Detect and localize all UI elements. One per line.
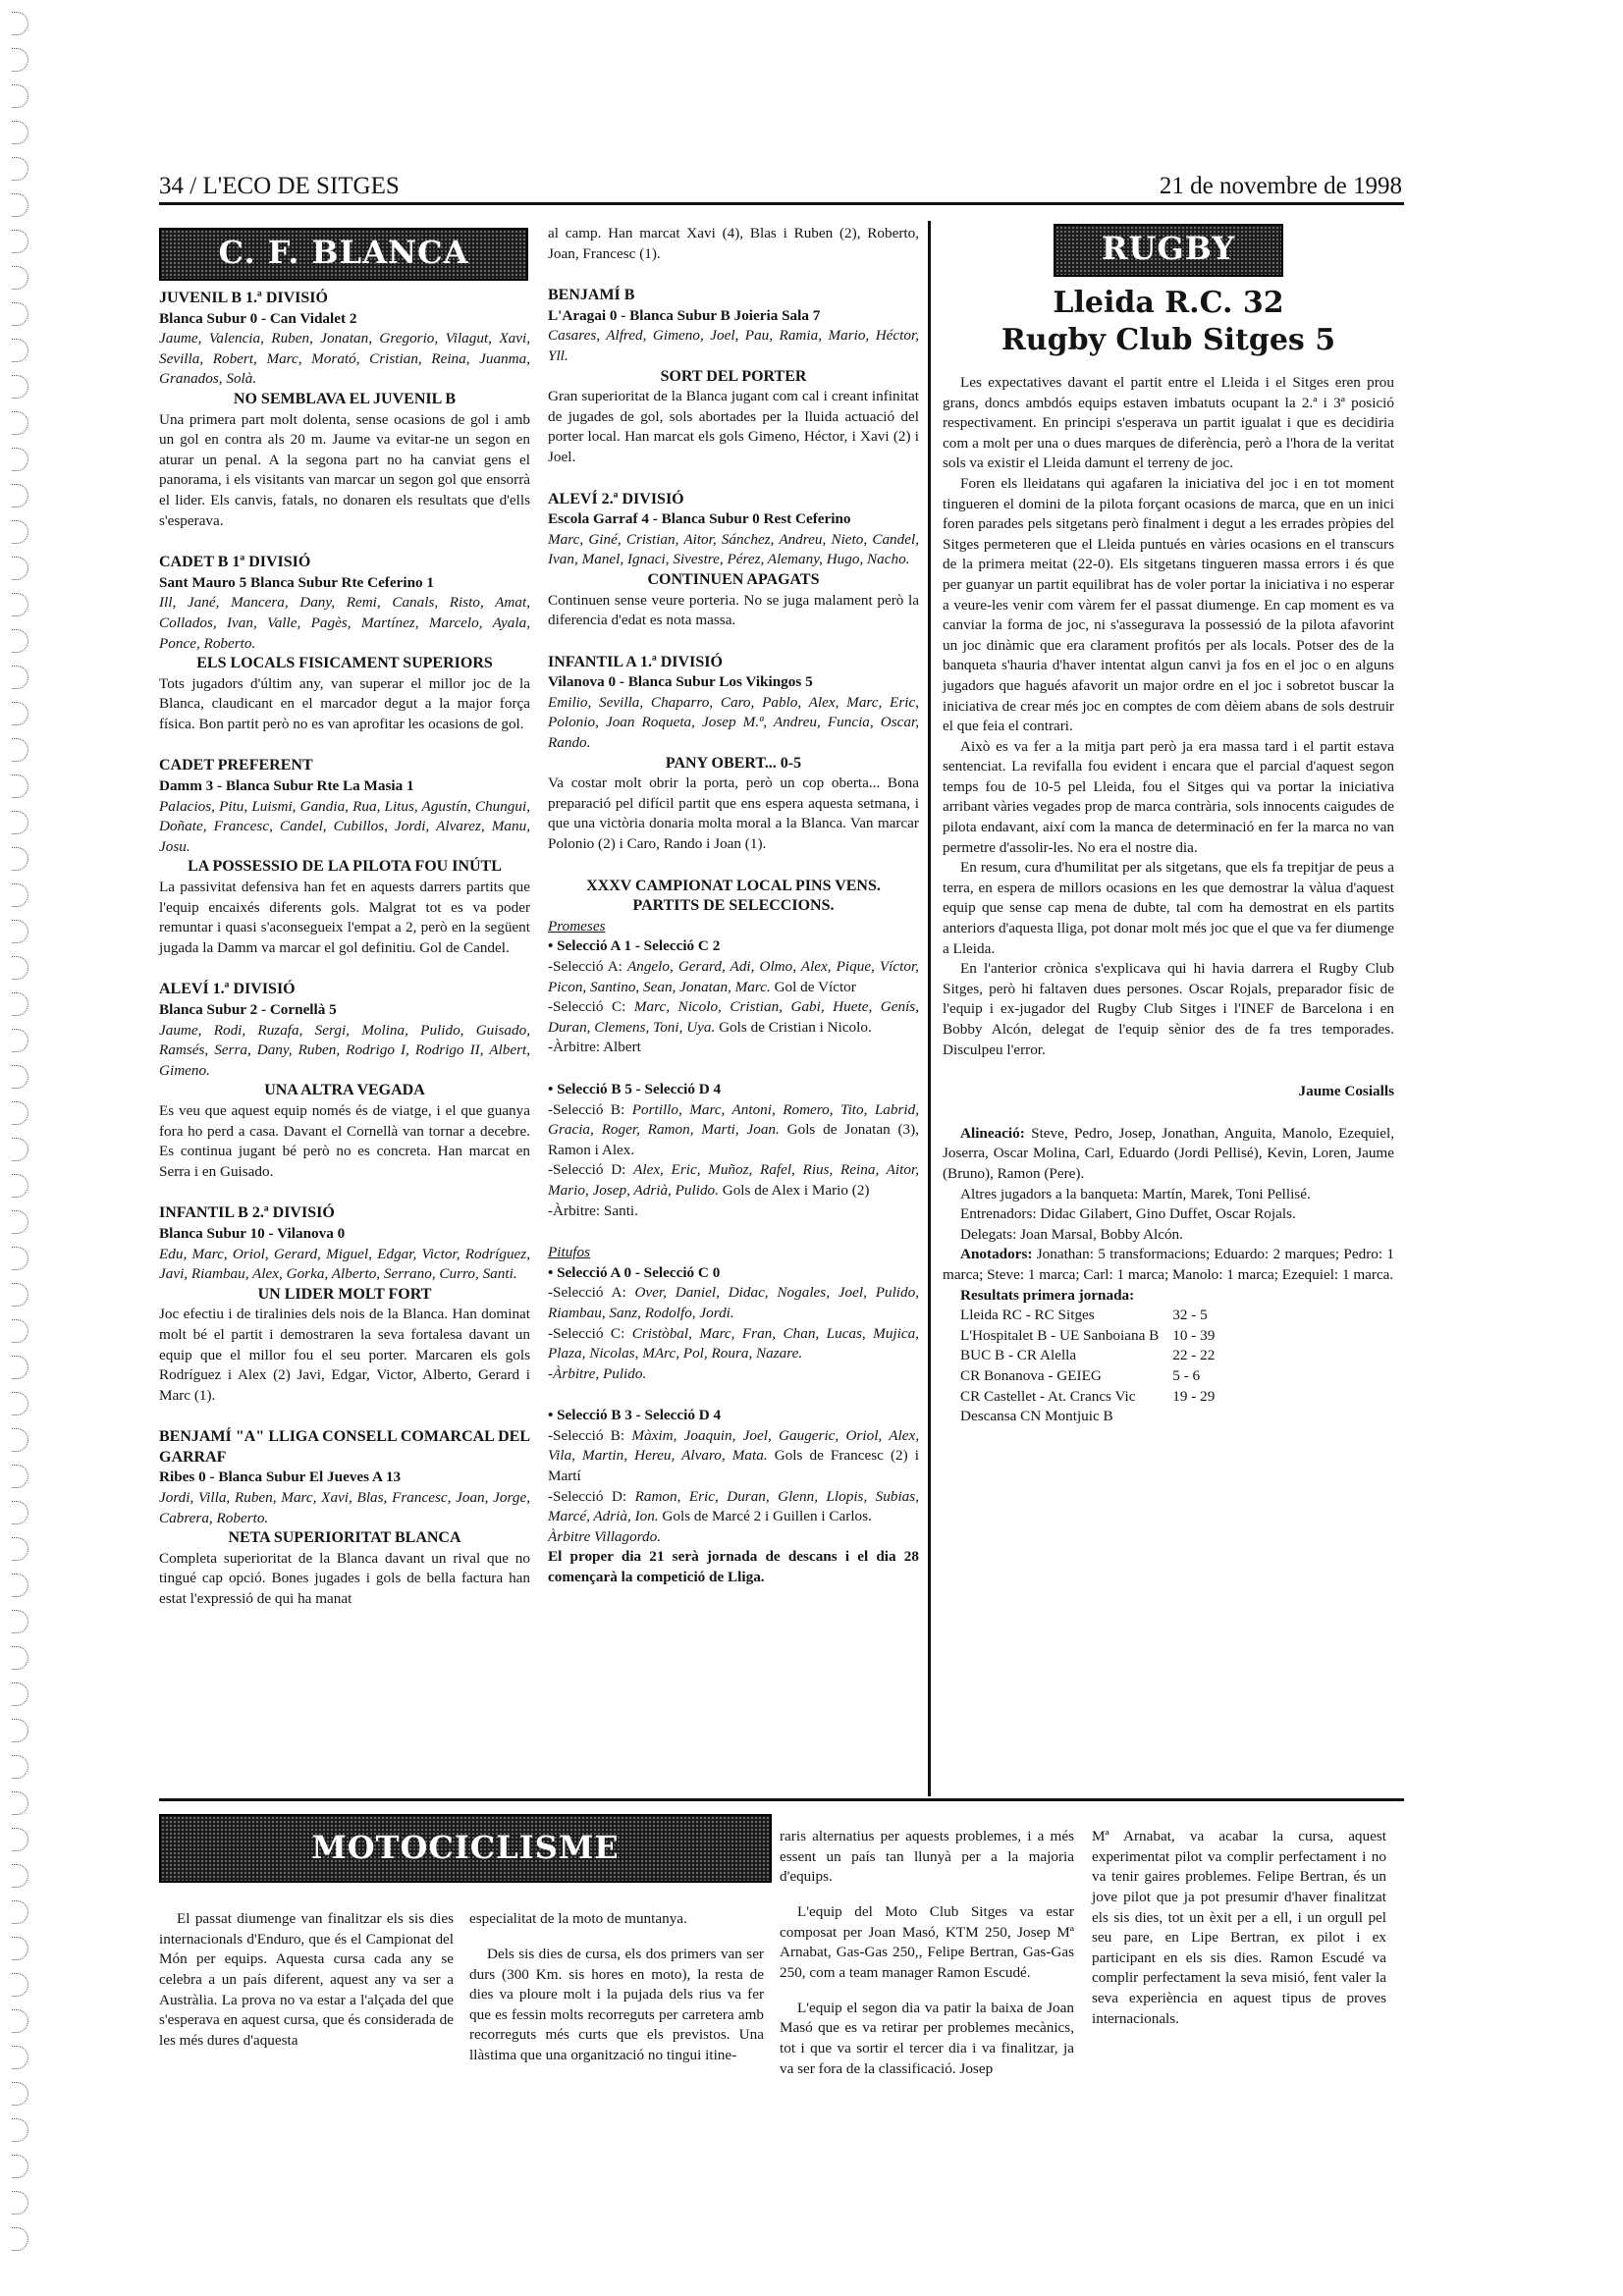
binder-hole-icon bbox=[12, 992, 28, 1016]
division-title: CADET PREFERENT bbox=[159, 756, 530, 776]
binder-hole-icon bbox=[12, 2227, 28, 2251]
report-headline: ELS LOCALS FISICAMENT SUPERIORS bbox=[159, 654, 530, 674]
binder-hole-icon bbox=[12, 2191, 28, 2215]
match-result: Damm 3 - Blanca Subur Rte La Masia 1 bbox=[159, 776, 530, 797]
selection-goals: Gols de Marcé 2 i Guillen i Carlos. bbox=[659, 1508, 872, 1524]
rugby-delegates: Delegats: Joan Marsal, Bobby Alcón. bbox=[943, 1225, 1394, 1246]
binder-hole-icon bbox=[12, 2118, 28, 2142]
results-match: CR Castellet - At. Crancs Vic bbox=[960, 1387, 1159, 1408]
player-list: Jaume, Valencia, Ruben, Jonatan, Gregori… bbox=[159, 329, 530, 390]
match-report: ALEVÍ 1.ª DIVISIÓBlanca Subur 2 - Cornel… bbox=[159, 980, 530, 1182]
selection-label: -Selecció C: bbox=[548, 998, 634, 1015]
spacer bbox=[159, 1406, 530, 1427]
selection-label: -Selecció B: bbox=[548, 1101, 632, 1118]
binder-hole-icon bbox=[12, 2009, 28, 2033]
binder-hole-icon bbox=[12, 702, 28, 725]
report-body: Tots jugadors d'últim any, van superar e… bbox=[159, 674, 530, 735]
binder-hole-icon bbox=[12, 1319, 28, 1343]
division-title: INFANTIL B 2.ª DIVISIÓ bbox=[159, 1203, 530, 1224]
selection-lineup: -Selecció A: Angelo, Gerard, Adi, Olmo, … bbox=[548, 957, 919, 997]
referee: -Àrbitre: Santi. bbox=[548, 1201, 919, 1222]
binder-hole-icon bbox=[12, 1138, 28, 1161]
binder-hole-icon bbox=[12, 1501, 28, 1524]
match-report: JUVENIL B 1.ª DIVISIÓBlanca Subur 0 - Ca… bbox=[159, 289, 530, 531]
match-report: CADET B 1ª DIVISIÓSant Mauro 5 Blanca Su… bbox=[159, 553, 530, 734]
selection-match: • Selecció B 3 - Selecció D 4 bbox=[548, 1406, 919, 1426]
binder-hole-icon bbox=[12, 1428, 28, 1452]
match-result: Ribes 0 - Blanca Subur El Jueves A 13 bbox=[159, 1468, 530, 1488]
match-result: Blanca Subur 0 - Can Vidalet 2 bbox=[159, 309, 530, 330]
match-result: Vilanova 0 - Blanca Subur Los Vikingos 5 bbox=[548, 672, 919, 693]
match-result: Blanca Subur 10 - Vilanova 0 bbox=[159, 1224, 530, 1245]
referee: Àrbitre Villagordo. bbox=[548, 1527, 919, 1548]
moto-paragraph: L'equip del Moto Club Sitges va estar co… bbox=[780, 1902, 1074, 1983]
spacer bbox=[159, 531, 530, 553]
binder-hole-icon bbox=[12, 629, 28, 653]
report-body: Continuen sense veure porteria. No se ju… bbox=[548, 591, 919, 631]
binder-hole-icon bbox=[12, 811, 28, 834]
report-headline: NO SEMBLAVA EL JUVENIL B bbox=[159, 390, 530, 410]
binder-hole-icon bbox=[12, 484, 28, 507]
match-result: Blanca Subur 2 - Cornellà 5 bbox=[159, 1000, 530, 1021]
binder-hole-icon bbox=[12, 666, 28, 689]
selection-label: -Selecció A: bbox=[548, 1284, 634, 1301]
moto-column-4: Mª Arnabat, va acabar la cursa, aquest e… bbox=[1092, 1812, 1386, 2044]
binder-hole-icon bbox=[12, 411, 28, 435]
binder-hole-icon bbox=[12, 2082, 28, 2106]
blanca-column-left: C. F. BLANCA SUBUR JUVENIL B 1.ª DIVISIÓ… bbox=[159, 224, 530, 1610]
rugby-coaches: Entrenadors: Didac Gilabert, Gino Duffet… bbox=[943, 1204, 1394, 1225]
report-body: Joc efectiu i de tiralinies dels nois de… bbox=[159, 1305, 530, 1406]
binder-hole-icon bbox=[12, 1864, 28, 1888]
match-report: BENJAMÍ BL'Aragai 0 - Blanca Subur B Joi… bbox=[548, 286, 919, 467]
spacer bbox=[548, 1221, 919, 1243]
spacer bbox=[159, 958, 530, 980]
pitufos-label: Pitufos bbox=[548, 1243, 919, 1263]
rugby-scorers: Anotadors: Jonathan: 5 transformacions; … bbox=[943, 1245, 1394, 1285]
binder-hole-icon bbox=[12, 1937, 28, 1960]
results-row: Descansa CN Montjuic B bbox=[960, 1407, 1215, 1427]
results-match: Lleida RC - RC Sitges bbox=[960, 1306, 1159, 1326]
moto-paragraph: El passat diumenge van finalitzar els si… bbox=[159, 1909, 454, 2051]
moto-banner: MOTOCICLISME bbox=[159, 1814, 772, 1883]
rugby-paragraph: En resum, cura d'humilitat per als sitge… bbox=[943, 858, 1394, 959]
match-report: INFANTIL B 2.ª DIVISIÓBlanca Subur 10 - … bbox=[159, 1203, 530, 1406]
player-list: Jordi, Villa, Ruben, Marc, Xavi, Blas, F… bbox=[159, 1488, 530, 1528]
report-headline: UNA ALTRA VEGADA bbox=[159, 1081, 530, 1101]
binder-hole-icon bbox=[12, 1791, 28, 1815]
selection-goals: Gols de Cristian i Nicolo. bbox=[715, 1019, 871, 1036]
selection-lineup: -Selecció A: Over, Daniel, Didac, Nogale… bbox=[548, 1283, 919, 1323]
binder-hole-icon bbox=[12, 1610, 28, 1633]
binder-hole-icon bbox=[12, 1465, 28, 1488]
page-label: 34 / L'ECO DE SITGES bbox=[159, 173, 400, 200]
binder-hole-icon bbox=[12, 12, 28, 35]
match-result: Sant Mauro 5 Blanca Subur Rte Ceferino 1 bbox=[159, 573, 530, 594]
match-report: INFANTIL A 1.ª DIVISIÓVilanova 0 - Blanc… bbox=[548, 653, 919, 855]
results-label: Resultats primera jornada: bbox=[943, 1286, 1394, 1307]
report-headline: LA POSSESSIO DE LA PILOTA FOU INÚTL bbox=[159, 857, 530, 878]
binder-hole-icon bbox=[12, 1356, 28, 1379]
moto-paragraph: raris alternatius per aquests problemes,… bbox=[780, 1827, 1074, 1888]
results-row: CR Bonanova - GEIEG5 - 6 bbox=[960, 1366, 1215, 1387]
selection-lineup: -Selecció D: Alex, Eric, Muñoz, Rafel, R… bbox=[548, 1160, 919, 1201]
selection-goals: Gol de Víctor bbox=[771, 979, 856, 995]
results-score: 10 - 39 bbox=[1159, 1326, 1215, 1347]
player-list: Edu, Marc, Oriol, Gerard, Miguel, Edgar,… bbox=[159, 1245, 530, 1285]
selection-lineup: -Selecció C: Marc, Nicolo, Cristian, Gab… bbox=[548, 997, 919, 1038]
rugby-paragraph: En l'anterior crònica s'explicava qui hi… bbox=[943, 959, 1394, 1060]
selection-lineup: -Selecció D: Ramon, Eric, Duran, Glenn, … bbox=[548, 1487, 919, 1527]
referee: -Àrbitre, Pulido. bbox=[548, 1364, 919, 1385]
pins-vens-title: XXXV CAMPIONAT LOCAL PINS VENS. PARTITS … bbox=[548, 877, 919, 917]
selection-match: • Selecció B 5 - Selecció D 4 bbox=[548, 1080, 919, 1100]
results-match: Descansa CN Montjuic B bbox=[960, 1407, 1159, 1427]
player-list: Marc, Giné, Cristian, Aitor, Sánchez, An… bbox=[548, 530, 919, 570]
division-title: ALEVÍ 2.ª DIVISIÓ bbox=[548, 490, 919, 510]
binder-hole-icon bbox=[12, 738, 28, 762]
binder-hole-icon bbox=[12, 448, 28, 471]
selection-match: • Selecció A 1 - Selecció C 2 bbox=[548, 936, 919, 957]
player-list: Palacios, Pitu, Luismi, Gandia, Rua, Lit… bbox=[159, 797, 530, 858]
moto-column-2: especialitat de la moto de muntanya.Dels… bbox=[469, 1895, 764, 2081]
selection-label: -Selecció A: bbox=[548, 958, 627, 975]
binder-hole-icon bbox=[12, 847, 28, 871]
division-title: INFANTIL A 1.ª DIVISIÓ bbox=[548, 653, 919, 673]
page-header: 34 / L'ECO DE SITGES 21 de novembre de 1… bbox=[159, 167, 1404, 205]
binder-hole-icon bbox=[12, 1828, 28, 1851]
binder-hole-icon bbox=[12, 1574, 28, 1597]
report-body: Es veu que aquest equip només és de viat… bbox=[159, 1101, 530, 1182]
division-title: BENJAMÍ B bbox=[548, 286, 919, 306]
spacer bbox=[159, 734, 530, 756]
results-table: Lleida RC - RC Sitges32 - 5L'Hospitalet … bbox=[960, 1306, 1215, 1427]
player-list: Ill, Jané, Mancera, Dany, Remi, Canals, … bbox=[159, 593, 530, 654]
selection-label: -Selecció D: bbox=[548, 1161, 633, 1178]
match-result: L'Aragai 0 - Blanca Subur B Joieria Sala… bbox=[548, 306, 919, 327]
binder-hole-icon bbox=[12, 1719, 28, 1742]
report-body: Una primera part molt dolenta, sense oca… bbox=[159, 410, 530, 532]
column-divider bbox=[928, 221, 931, 1796]
results-score: 22 - 22 bbox=[1159, 1346, 1215, 1366]
selection-lineup: -Selecció C: Cristòbal, Marc, Fran, Chan… bbox=[548, 1324, 919, 1364]
binder-hole-icon bbox=[12, 339, 28, 362]
results-row: BUC B - CR Alella22 - 22 bbox=[960, 1346, 1215, 1366]
moto-paragraph: especialitat de la moto de muntanya. bbox=[469, 1909, 764, 1930]
selection-label: -Selecció B: bbox=[548, 1427, 631, 1444]
selection-label: -Selecció C: bbox=[548, 1325, 632, 1342]
spacer bbox=[548, 468, 919, 490]
binder-hole-icon bbox=[12, 1682, 28, 1706]
report-body: Va costar molt obrir la porta, però un c… bbox=[548, 774, 919, 854]
binder-hole-icon bbox=[12, 1900, 28, 1924]
binder-hole-icon bbox=[12, 883, 28, 907]
results-row: Lleida RC - RC Sitges32 - 5 bbox=[960, 1306, 1215, 1326]
binder-hole-icon bbox=[12, 121, 28, 144]
report-headline: PANY OBERT... 0-5 bbox=[548, 754, 919, 774]
spacer bbox=[548, 1058, 919, 1080]
binder-hole-icon bbox=[12, 266, 28, 290]
player-list: Casares, Alfred, Gimeno, Joel, Pau, Rami… bbox=[548, 326, 919, 366]
report-headline: UN LIDER MOLT FORT bbox=[159, 1285, 530, 1306]
division-title: ALEVÍ 1.ª DIVISIÓ bbox=[159, 980, 530, 1000]
results-row: CR Castellet - At. Crancs Vic19 - 29 bbox=[960, 1387, 1215, 1408]
moto-column-3: raris alternatius per aquests problemes,… bbox=[780, 1812, 1074, 2094]
results-score: 32 - 5 bbox=[1159, 1306, 1215, 1326]
match-result: Escola Garraf 4 - Blanca Subur 0 Rest Ce… bbox=[548, 509, 919, 530]
binder-hole-icon bbox=[12, 375, 28, 399]
binder-hole-icon bbox=[12, 1283, 28, 1307]
rugby-paragraph: Foren els lleidatans qui agafaren la ini… bbox=[943, 474, 1394, 737]
moto-paragraph: L'equip el segon dia va patir la baixa d… bbox=[780, 1999, 1074, 2079]
moto-column-1: El passat diumenge van finalitzar els si… bbox=[159, 1895, 454, 2066]
rugby-headline: Lleida R.C. 32 Rugby Club Sitges 5 bbox=[943, 285, 1394, 359]
rugby-paragraph: Això es va fer a la mitja part però ja e… bbox=[943, 737, 1394, 859]
results-score: 5 - 6 bbox=[1159, 1366, 1215, 1387]
results-row: L'Hospitalet B - UE Sanboiana B10 - 39 bbox=[960, 1326, 1215, 1347]
author-byline: Jaume Cosialls bbox=[943, 1082, 1394, 1102]
continued-text: al camp. Han marcat Xavi (4), Blas i Rub… bbox=[548, 224, 919, 264]
section-divider bbox=[159, 1798, 1404, 1801]
binder-hole-icon bbox=[12, 774, 28, 798]
binder-hole-icon bbox=[12, 593, 28, 616]
binder-hole-icon bbox=[12, 1065, 28, 1089]
blanca-column-middle: al camp. Han marcat Xavi (4), Blas i Rub… bbox=[548, 224, 919, 1588]
binder-hole-icon bbox=[12, 193, 28, 217]
rugby-banner: RUGBY bbox=[1054, 224, 1283, 277]
binder-hole-icon bbox=[12, 1392, 28, 1415]
binder-hole-icon bbox=[12, 920, 28, 943]
binder-hole-icon bbox=[12, 1646, 28, 1670]
binder-hole-icon bbox=[12, 1174, 28, 1198]
division-title: BENJAMÍ "A" LLIGA CONSELL COMARCAL DEL G… bbox=[159, 1427, 530, 1468]
results-score bbox=[1159, 1407, 1215, 1427]
rugby-column: RUGBY Lleida R.C. 32 Rugby Club Sitges 5… bbox=[943, 224, 1394, 1427]
spacer bbox=[548, 631, 919, 653]
report-headline: SORT DEL PORTER bbox=[548, 367, 919, 388]
moto-paragraph: Dels sis dies de cursa, els dos primers … bbox=[469, 1945, 764, 2066]
selection-lineup: -Selecció B: Màxim, Joaquin, Joel, Gauge… bbox=[548, 1426, 919, 1487]
binder-hole-icon bbox=[12, 520, 28, 544]
selection-label: -Selecció D: bbox=[548, 1488, 635, 1505]
referee: -Àrbitre: Albert bbox=[548, 1038, 919, 1058]
blanca-banner: C. F. BLANCA SUBUR bbox=[159, 228, 528, 281]
binder-hole-icon bbox=[12, 1101, 28, 1125]
pins-vens-closing: El proper dia 21 serà jornada de descans… bbox=[548, 1547, 919, 1587]
binder-hole-icon bbox=[12, 1755, 28, 1779]
binder-hole-icon bbox=[12, 1247, 28, 1270]
player-list: Emilio, Sevilla, Chaparro, Caro, Pablo, … bbox=[548, 693, 919, 754]
report-body: La passivitat defensiva han fet en aques… bbox=[159, 878, 530, 958]
promeses-label: Promeses bbox=[548, 917, 919, 937]
binder-hole-icon bbox=[12, 956, 28, 980]
results-score: 19 - 29 bbox=[1159, 1387, 1215, 1408]
player-list: Jaume, Rodi, Ruzafa, Sergi, Molina, Puli… bbox=[159, 1021, 530, 1082]
moto-paragraph: Mª Arnabat, va acabar la cursa, aquest e… bbox=[1092, 1827, 1386, 2029]
binder-hole-icon bbox=[12, 557, 28, 580]
selection-match: • Selecció A 0 - Selecció C 0 bbox=[548, 1263, 919, 1284]
binder-hole-icon bbox=[12, 1210, 28, 1234]
binder-hole-icon bbox=[12, 1973, 28, 1997]
match-report: CADET PREFERENTDamm 3 - Blanca Subur Rte… bbox=[159, 756, 530, 958]
rugby-bench: Altres jugadors a la banqueta: Martín, M… bbox=[943, 1185, 1394, 1205]
report-body: Completa superioritat de la Blanca davan… bbox=[159, 1549, 530, 1610]
binder-hole-icon bbox=[12, 230, 28, 253]
binder-hole-icon bbox=[12, 157, 28, 181]
spacer bbox=[159, 1182, 530, 1203]
issue-date: 21 de novembre de 1998 bbox=[1160, 173, 1402, 200]
rugby-paragraph: Les expectatives davant el partit entre … bbox=[943, 373, 1394, 474]
binder-hole-icon bbox=[12, 1029, 28, 1052]
results-match: L'Hospitalet B - UE Sanboiana B bbox=[960, 1326, 1159, 1347]
rugby-lineup: Alineació: Steve, Pedro, Josep, Jonathan… bbox=[943, 1124, 1394, 1185]
report-headline: NETA SUPERIORITAT BLANCA bbox=[159, 1528, 530, 1549]
division-title: CADET B 1ª DIVISIÓ bbox=[159, 553, 530, 573]
selection-lineup: -Selecció B: Portillo, Marc, Antoni, Rom… bbox=[548, 1100, 919, 1161]
binder-hole-icon bbox=[12, 2155, 28, 2178]
match-report: BENJAMÍ "A" LLIGA CONSELL COMARCAL DEL G… bbox=[159, 1427, 530, 1609]
binder-hole-icon bbox=[12, 84, 28, 108]
results-match: BUC B - CR Alella bbox=[960, 1346, 1159, 1366]
spacer bbox=[548, 1384, 919, 1406]
binder-hole-marks bbox=[8, 0, 37, 2296]
selection-goals: Gols de Alex i Mario (2) bbox=[719, 1182, 870, 1199]
binder-hole-icon bbox=[12, 2046, 28, 2069]
match-report: ALEVÍ 2.ª DIVISIÓEscola Garraf 4 - Blanc… bbox=[548, 490, 919, 631]
results-match: CR Bonanova - GEIEG bbox=[960, 1366, 1159, 1387]
report-headline: CONTINUEN APAGATS bbox=[548, 570, 919, 591]
binder-hole-icon bbox=[12, 302, 28, 326]
binder-hole-icon bbox=[12, 48, 28, 72]
binder-hole-icon bbox=[12, 1537, 28, 1561]
report-body: Gran superioritat de la Blanca jugant co… bbox=[548, 387, 919, 467]
